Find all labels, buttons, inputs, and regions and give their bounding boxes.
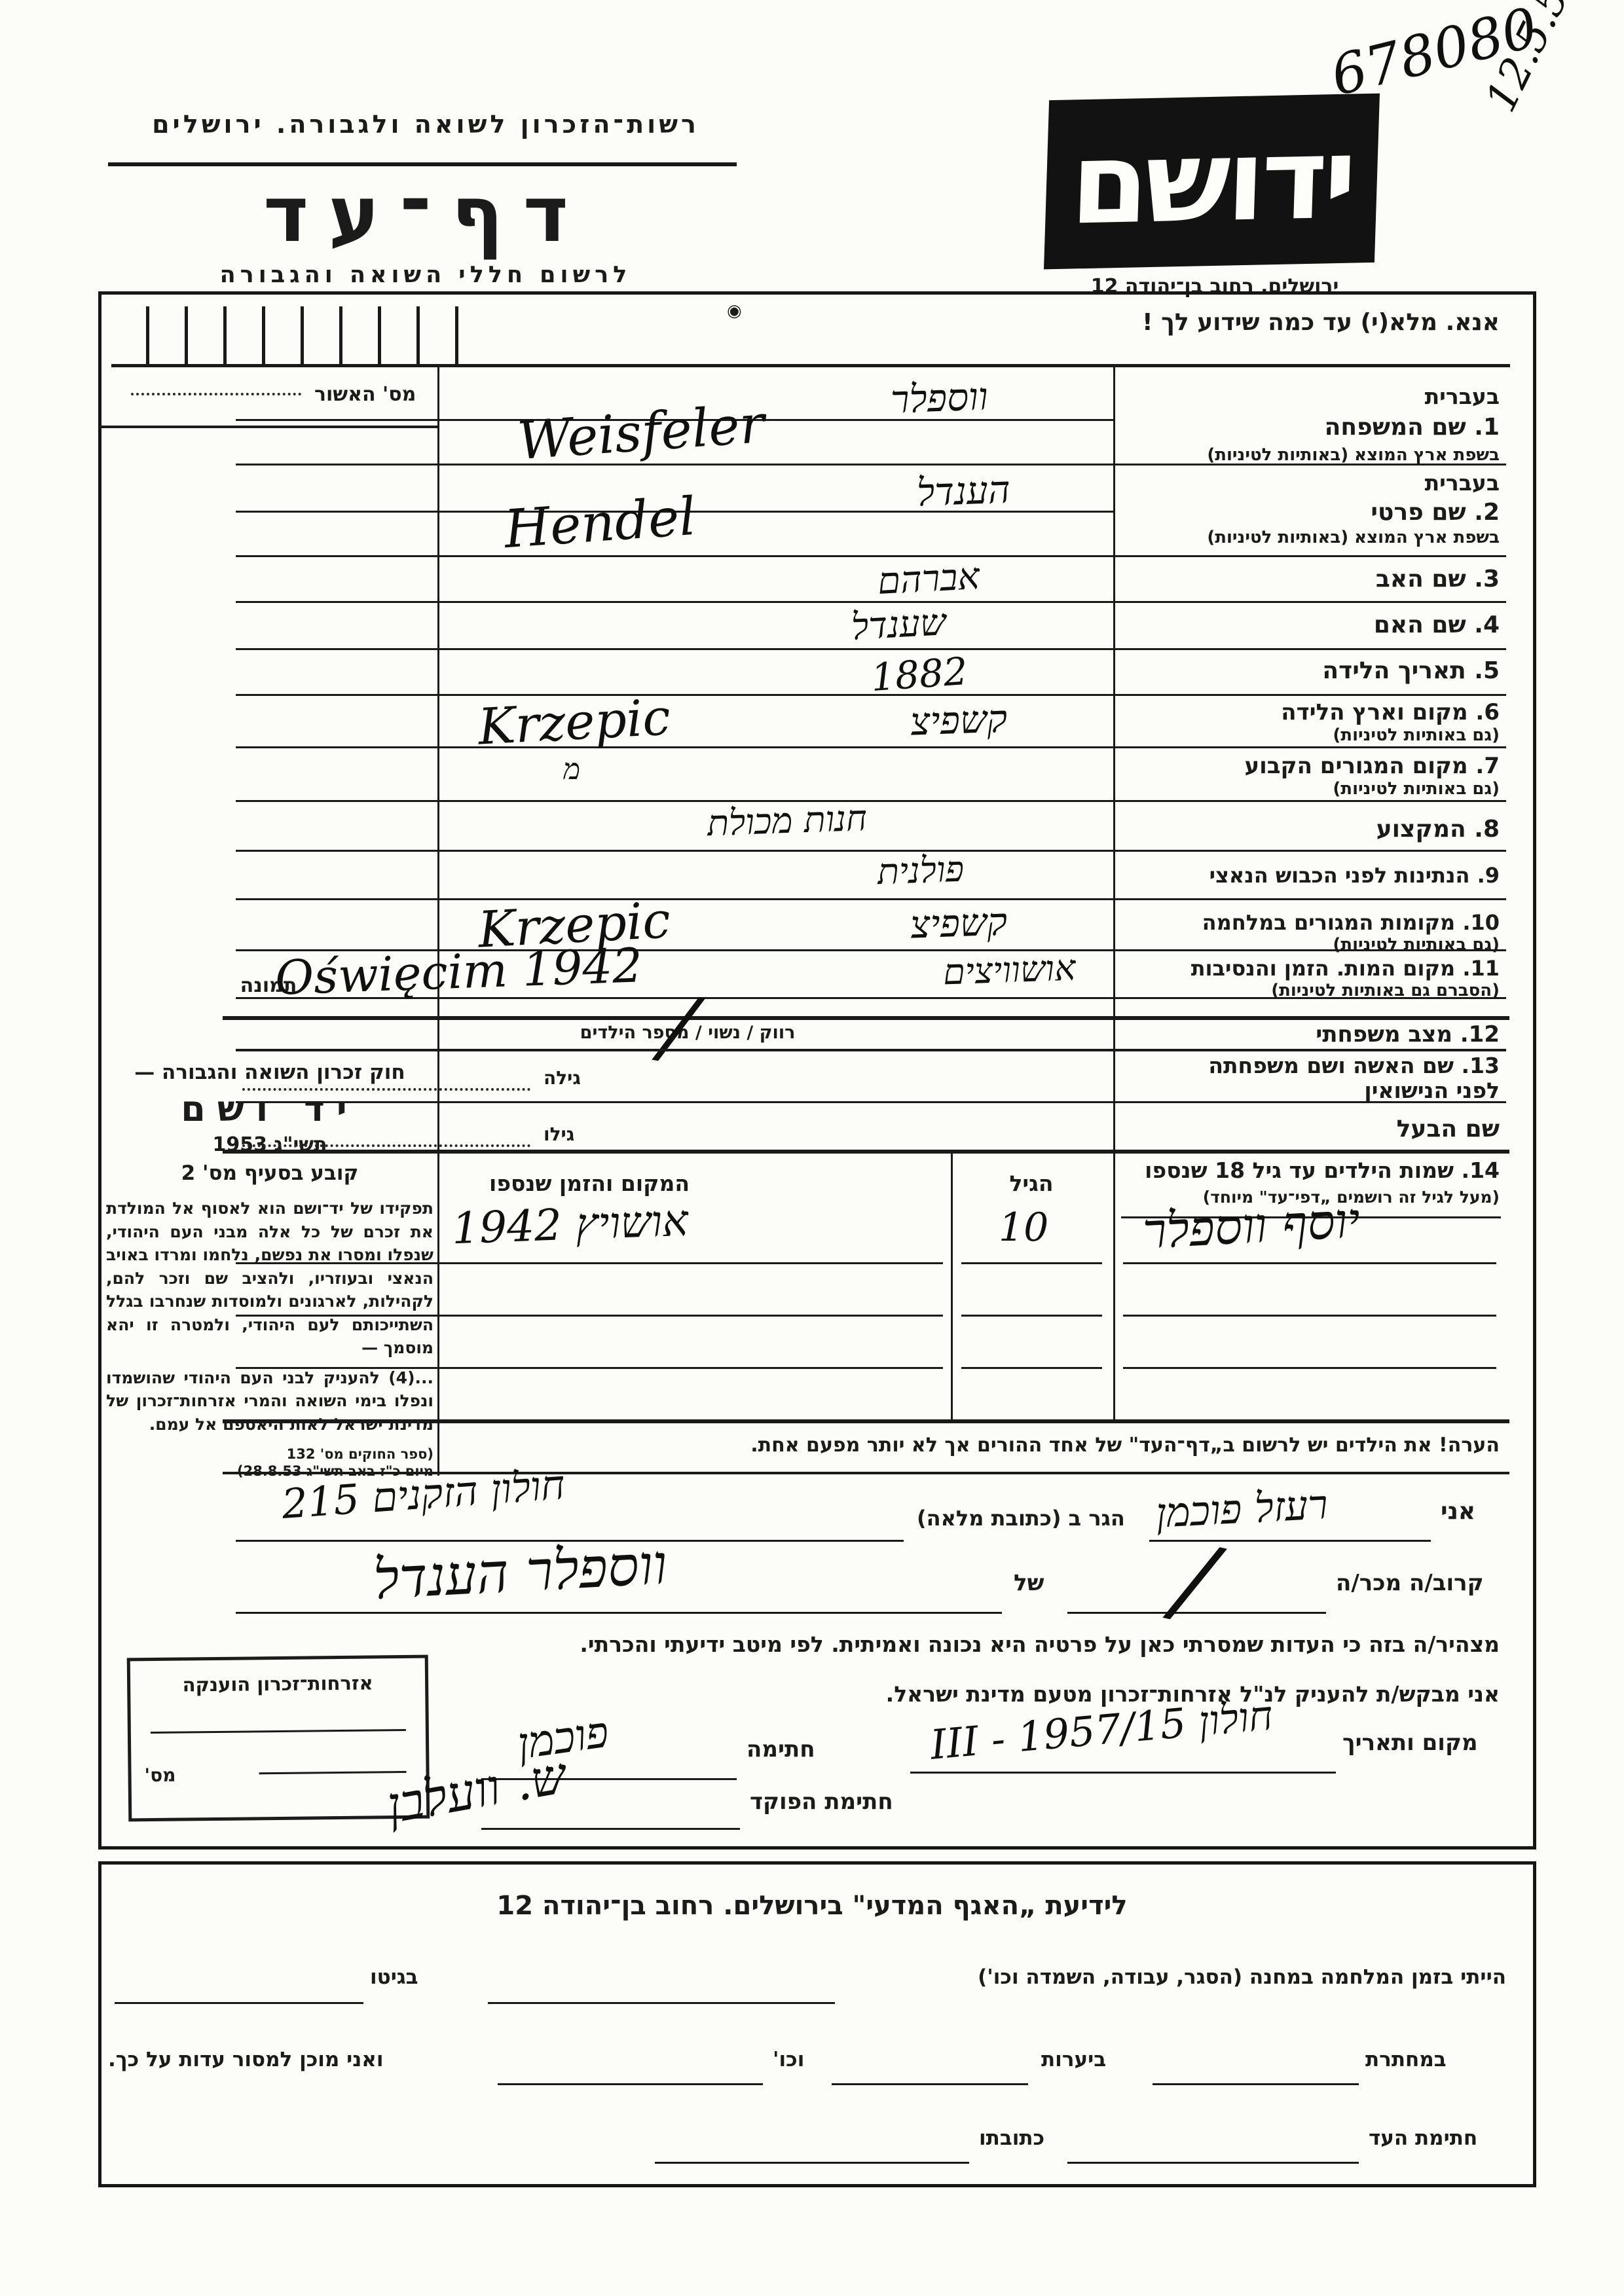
writing-line — [236, 555, 1506, 557]
stamp-box-line — [259, 1771, 407, 1774]
willing-to-testify-label: ואני מוכן למסור עדות על כך. — [108, 2048, 384, 2071]
witness-address-line — [655, 2162, 969, 2164]
underground-label: במחתרת — [1365, 2048, 1447, 2071]
declaration-request: אני מבקש/ת להעניק לנ"ל אזרחות־זכרון מטעם… — [393, 1681, 1500, 1707]
org-name: רשות־הזכרון לשואה ולגבורה. ירושלים — [118, 110, 733, 139]
handwritten-father-name: אברהם — [876, 555, 980, 603]
field10-label: 10. מקומות המגורים במלחמה — [1120, 910, 1500, 935]
approval-number-label: מס' האשור — [314, 383, 416, 406]
table-row-line — [236, 1367, 943, 1369]
handwritten-child-name: יוסף ווספלר — [1141, 1192, 1361, 1260]
stamp-box-title: אזרחות־זכרון הוענקה — [130, 1671, 425, 1697]
handwritten-birth-year: 1882 — [870, 649, 969, 700]
bottom-section-title: לידיעת „האגף המדעי" בירושלים. רחוב בן־יה… — [255, 1891, 1369, 1921]
writing-line — [236, 746, 1506, 748]
table-row-line — [1123, 1367, 1496, 1369]
signature-label: חתימה — [747, 1736, 815, 1762]
field6-label: 6. מקום וארץ הלידה — [1120, 699, 1500, 725]
field13-label-line2: לפני הנישואין — [1120, 1078, 1500, 1103]
approval-rule — [98, 426, 439, 428]
writing-line — [236, 1049, 1506, 1051]
writing-line — [236, 898, 1506, 900]
camp-label: הייתי בזמן המלחמה במחנה (הסגר, עבודה, הש… — [845, 1965, 1506, 1989]
field4-label: 4. שם האם — [1120, 611, 1500, 638]
law-title-line2: יד ושם — [106, 1088, 434, 1129]
handwritten-child-age: 10 — [999, 1205, 1048, 1250]
ghetto-line — [115, 2002, 363, 2004]
handwritten-mother-name: שענדל — [850, 601, 947, 648]
field7-sublabel: (גם באותיות לטיניות) — [1120, 779, 1500, 799]
clerk-signature-label: חתימת הפוקד — [750, 1789, 893, 1815]
index-comb-strip — [113, 306, 458, 364]
field14-label: 14. שמות הילדים עד גיל 18 שנספו — [1123, 1157, 1500, 1183]
clerk-signature-line — [481, 1828, 740, 1830]
table-age-column-header: הגיל — [956, 1171, 1107, 1196]
field1-lang-label: בעברית — [1120, 384, 1500, 409]
writing-line — [236, 464, 1506, 465]
field8-label: 8. המקצוע — [1120, 816, 1500, 843]
relative-label: קרוב/ה מכר/ה — [1336, 1570, 1484, 1596]
sidebar-divider — [437, 364, 439, 1476]
field1-label: 1. שם המשפחה — [1120, 414, 1500, 441]
declarant-i-label: אני — [1441, 1498, 1475, 1525]
field2-sublabel: בשפת ארץ המוצא (באותיות לטיניות) — [1120, 528, 1500, 547]
field2-label: 2. שם פרטי — [1120, 499, 1500, 526]
form-title: דף־עד — [216, 169, 635, 259]
handwritten-citizenship: פולנית — [877, 848, 965, 893]
approval-number-line — [131, 393, 301, 395]
section-rule — [223, 1150, 1509, 1154]
stamp-box-number-label: מס' — [144, 1764, 175, 1786]
wife-age-label: גילה — [544, 1067, 581, 1089]
header-rule — [108, 162, 737, 166]
camp-line — [488, 2002, 835, 2004]
table-place-column-header: המקום והזמן שנספו — [236, 1171, 943, 1196]
age-column-divider — [951, 1151, 953, 1422]
table-row-line — [1123, 1315, 1496, 1317]
writing-line — [236, 694, 1506, 696]
field7-label: 7. מקום המגורים הקבוע — [1120, 753, 1500, 779]
label-column-divider — [1113, 364, 1115, 1423]
law-body-text: תפקידו של יד־ושם הוא לאסוף אל המולדת את … — [106, 1197, 434, 1360]
table-row-line — [961, 1315, 1102, 1317]
declaration-statement: מצהיר/ה בזה כי העדות שמסרתי כאן על פרטיה… — [236, 1631, 1500, 1657]
witness-address-label: כתובתו — [979, 2126, 1044, 2150]
address-label: הגר ב (כתובת מלאה) — [917, 1506, 1125, 1531]
stamp-box-line — [151, 1729, 406, 1734]
form-subtitle: לרשום חללי השואה והגבורה — [164, 262, 688, 288]
yad-vashem-logo: ידושם — [1044, 94, 1380, 270]
yad-vashem-logo-text: ידושם — [1069, 122, 1354, 240]
table-row-line — [236, 1315, 943, 1317]
table-bottom-rule — [223, 1419, 1509, 1423]
field5-label: 5. תאריך הלידה — [1120, 657, 1500, 684]
table-row-line — [961, 1367, 1102, 1369]
forests-line — [832, 2083, 1028, 2085]
section-rule — [223, 1016, 1509, 1020]
handwritten-declarant-name: רעזל פוכמן — [1154, 1480, 1329, 1538]
handwritten-birthplace-latin: Krzepic — [477, 687, 672, 756]
wife-age-dotted-line — [242, 1088, 530, 1091]
forests-label: ביערות — [1041, 2048, 1106, 2071]
table-row-line — [1123, 1262, 1496, 1264]
handwritten-stray-mark: מ — [563, 753, 580, 786]
fill-instruction: אנא. מלא(י) עד כמה שידוע לך ! — [838, 309, 1500, 336]
citizenship-stamp-box: אזרחות־זכרון הוענקה מס' — [127, 1655, 430, 1822]
field9-label: 9. הנתינות לפני הכבוש הנאצי — [1120, 863, 1500, 888]
place-date-label: מקום ותאריך — [1342, 1730, 1478, 1756]
writing-line — [236, 800, 1506, 802]
field6-sublabel: (גם באותיות לטיניות) — [1120, 725, 1500, 745]
table-row-line — [236, 1262, 943, 1264]
law-clause-text: ...(4) להעניק לבני העם היהודי שהושמדו ונ… — [106, 1366, 434, 1436]
writing-line — [236, 648, 1506, 650]
writing-line — [236, 601, 1506, 603]
field3-label: 3. שם האב — [1120, 566, 1500, 592]
witness-signature-line — [1067, 2162, 1359, 2164]
field1-sublabel: בשפת ארץ המוצא (באותיות לטיניות) — [1120, 445, 1500, 465]
top-rule — [111, 364, 1510, 367]
husband-age-dotted-line — [242, 1144, 530, 1147]
field13-label: 13. שם האשה ושם משפחתה — [1120, 1053, 1500, 1078]
of-label: של — [1014, 1570, 1044, 1596]
etc-line — [498, 2083, 763, 2085]
writing-line — [236, 850, 1506, 852]
writing-line — [236, 1101, 1506, 1103]
testimony-page-scan: 678080 12.5.5 רשות־הזכרון לשואה ולגבורה.… — [0, 0, 1624, 2296]
handwritten-death-place-hebrew: אושוויצים — [942, 947, 1076, 993]
field11-label: 11. מקום המות. הזמן והנסיבות — [1120, 956, 1500, 981]
of-line — [236, 1612, 1002, 1614]
ghetto-label: בגיטו — [370, 1965, 418, 1989]
field12-label: 12. מצב משפחתי — [1120, 1021, 1500, 1048]
table-row-line — [961, 1262, 1102, 1264]
husband-name-label: שם הבעל — [1120, 1116, 1500, 1142]
etc-label: וכו' — [773, 2048, 804, 2071]
children-note: הערה! את הילדים יש לרשום ב„דף־העד" של אח… — [236, 1434, 1500, 1457]
witness-signature-label: חתימת העד — [1369, 2126, 1477, 2150]
handwritten-surname-hebrew: ווספלר — [890, 374, 989, 422]
handwritten-child-place: 1942 אושויץ — [451, 1195, 689, 1255]
place-date-line — [910, 1772, 1336, 1774]
handwritten-war-residence-hebrew: קשפיצ — [910, 899, 1008, 947]
field2-lang-label: בעברית — [1120, 470, 1500, 496]
law-title-line1: חוק זכרון השואה והגבורה — — [106, 1061, 434, 1084]
handwritten-firstname-hebrew: הענדל — [916, 467, 1011, 515]
field10-sublabel: (גם באותיות לטיניות) — [1120, 935, 1500, 955]
handwritten-birthplace-hebrew: קשפיצ — [910, 696, 1008, 744]
underground-line — [1153, 2083, 1359, 2085]
handwritten-occupation: חנות מכולת — [707, 797, 868, 844]
husband-age-label: גילו — [544, 1123, 574, 1145]
